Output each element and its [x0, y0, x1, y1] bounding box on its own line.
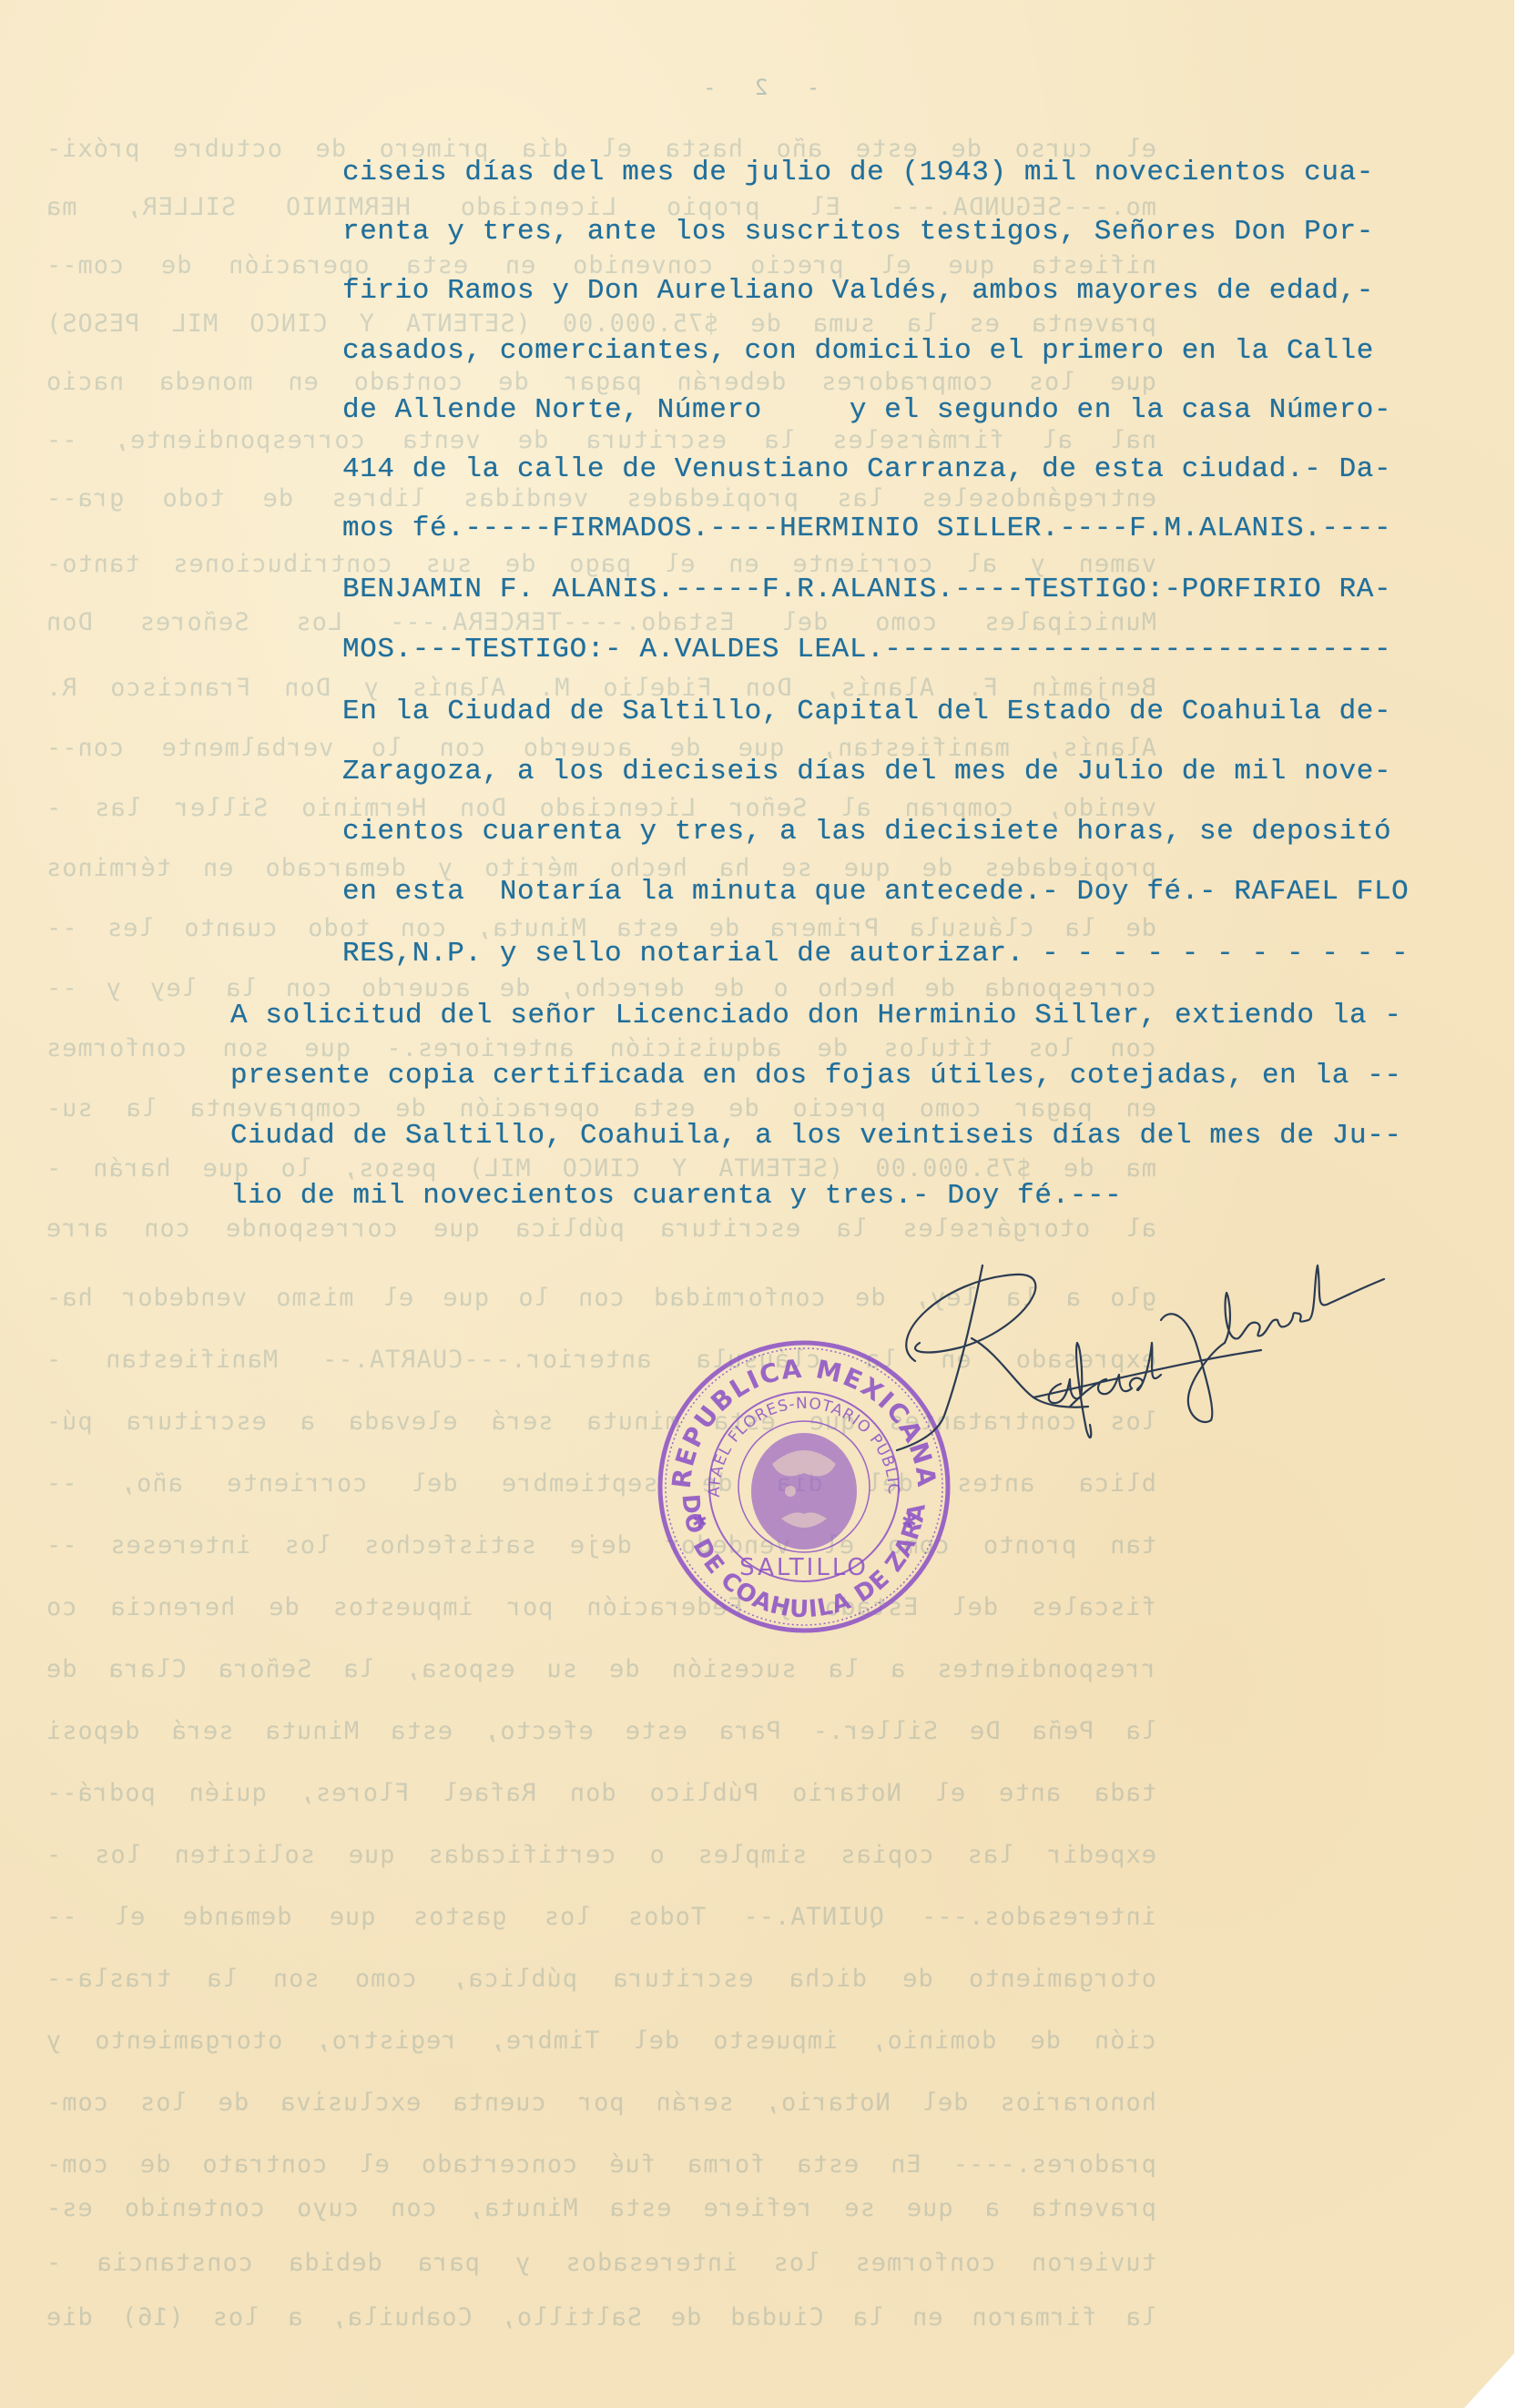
show-through-line: praventa a que se refiere esta Minuta, c…: [46, 2194, 1156, 2222]
svg-text:✱: ✱: [692, 1510, 707, 1532]
typed-line: A solicitud del señor Licenciado don Her…: [230, 1000, 1449, 1031]
typed-line: RES,N.P. y sello notarial de autorizar. …: [342, 938, 1453, 970]
show-through-line: tuvieron conformes los interesados y par…: [46, 2249, 1156, 2277]
typed-line: BENJAMIN F. ALANIS.-----F.R.ALANIS.----T…: [342, 574, 1444, 605]
svg-text:SALTILLO: SALTILLO: [739, 1554, 869, 1581]
show-through-line: tan pronto como el vendedor deje satisfe…: [46, 1531, 1156, 1560]
typed-line: cientos cuarenta y tres, a las diecisiet…: [342, 816, 1444, 848]
show-through-line: expedir las copias simples o certificada…: [46, 1841, 1156, 1869]
show-through-line: nal al firmárseles la escritura de venta…: [46, 426, 1156, 454]
show-through-line: Municipales como del Estado.----TERCERA.…: [46, 608, 1156, 636]
show-through-line: corresponda de hecho o de derecho, de ac…: [46, 974, 1156, 1002]
svg-text:✱: ✱: [901, 1510, 917, 1532]
show-through-line: blica antes del día de septiembre del co…: [46, 1469, 1156, 1498]
show-through-line: entregándoseles las propiedades vendidas…: [46, 484, 1156, 513]
typed-line: MOS.---TESTIGO:- A.VALDES LEAL.---------…: [342, 634, 1444, 666]
typed-line: Zaragoza, a los dieciseis días del mes d…: [342, 756, 1444, 787]
typed-line: firio Ramos y Don Aureliano Valdés, ambo…: [342, 275, 1444, 307]
show-through-line: ma de $75.000.00 (SETENTA Y CINCO MIL) p…: [46, 1154, 1156, 1183]
show-through-line: la firmaron en la Ciudad de Saltillo, Co…: [46, 2303, 1156, 2332]
show-through-line: rrespondientes a la sucesión de su espos…: [46, 1655, 1156, 1683]
typed-line: Ciudad de Saltillo, Coahuila, a los vein…: [230, 1120, 1449, 1152]
typed-line: casados, comerciantes, con domicilio el …: [342, 335, 1444, 367]
show-through-line: la Peña De Siller.- Para este efecto, es…: [46, 1717, 1156, 1745]
typed-line: 414 de la calle de Venustiano Carranza, …: [342, 453, 1444, 485]
show-through-line: praventa es la suma de $75.000.00 (SETEN…: [46, 310, 1156, 338]
page-number: - 2 -: [690, 75, 819, 100]
show-through-line: interesados.--- QUINTA.-- Todos los gast…: [46, 1903, 1156, 1931]
document-page: - 2 - el curso de este año hasta el día …: [0, 0, 1514, 2408]
typed-line: En la Ciudad de Saltillo, Capital del Es…: [342, 696, 1444, 727]
show-through-line: con los títulos de adquisición anteriore…: [46, 1034, 1156, 1062]
typed-line: de Allende Norte, Número y el segundo en…: [342, 394, 1444, 426]
show-through-line: tada ante el Notario Público don Rafael …: [46, 1779, 1156, 1807]
show-through-line: pradores.---- En esta forma fué concerta…: [46, 2150, 1156, 2179]
typed-line: mos fé.-----FIRMADOS.----HERMINIO SILLER…: [342, 513, 1444, 544]
typed-line: lio de mil novecientos cuarenta y tres.-…: [230, 1180, 1177, 1212]
show-through-line: honorarios del Notario, serán por cuenta…: [46, 2088, 1156, 2117]
typed-line: en esta Notaría la minuta que antecede.-…: [342, 876, 1453, 908]
typed-line: ciseis días del mes de julio de (1943) m…: [342, 157, 1444, 188]
show-through-line: al otorgárseles la escritura pública que…: [46, 1214, 1156, 1243]
show-through-line: otorgamiento de dicha escritura pública,…: [46, 1965, 1156, 1993]
show-through-line: en pagar como precio de esta operación d…: [46, 1094, 1156, 1123]
typed-line: presente copia certificada en dos fojas …: [230, 1060, 1449, 1092]
show-through-line: ción de dominio, impuesto del Timbre, re…: [46, 2027, 1156, 2055]
show-through-line: fiscales del Estado y Federación por imp…: [46, 1593, 1156, 1621]
typed-line: renta y tres, ante los suscritos testigo…: [342, 216, 1444, 248]
signature-rafael-flores-icon: [888, 1252, 1434, 1470]
show-through-line: que los compradores deberán pagar de con…: [46, 368, 1156, 396]
